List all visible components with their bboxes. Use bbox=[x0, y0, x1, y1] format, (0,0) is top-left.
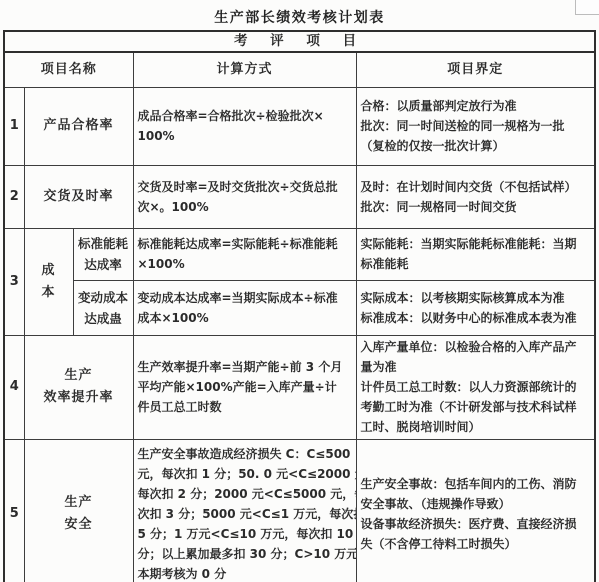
calc-method: 标准能耗达成率=实际能耗÷标准能耗 ×100% bbox=[133, 228, 356, 280]
page-title: 生产部长绩效考核计划表 bbox=[0, 7, 599, 27]
sub-item-name: 变动成本 达成蛊 bbox=[73, 280, 133, 335]
table-row-5: 5 生产 安全 生产安全事故造成经济损失 C：C≤500 元，每次扣 1 分；5… bbox=[4, 439, 595, 582]
row-number: 4 bbox=[4, 335, 24, 439]
item-definition: 生产安全事故：包括车间内的工伤、消防 安全事故、（违规操作导致） 设备事故经济损… bbox=[356, 439, 595, 582]
scan-corner-artifact bbox=[575, 0, 599, 15]
calc-method: 交货及时率=及时交货批次÷交货总批 次×。100% bbox=[133, 165, 356, 228]
row-number: 1 bbox=[4, 87, 24, 165]
item-name: 生产 效率提升率 bbox=[24, 335, 133, 439]
table-row-3b: 变动成本 达成蛊 变动成本达成率=当期实际成本÷标准 成本×100% 实际成本：… bbox=[4, 280, 595, 335]
item-definition: 合格：以质量部判定放行为准 批次：同一时间送检的同一规格为一批 （复检的仅按一批… bbox=[356, 87, 595, 165]
item-definition: 实际能耗：当期实际能耗标准能耗：当期 标准能耗 bbox=[356, 228, 595, 280]
table-row-4: 4 生产 效率提升率 生产效率提升率=当期产能÷前 3 个月 平均产能×100%… bbox=[4, 335, 595, 439]
row-number: 5 bbox=[4, 439, 24, 582]
assessment-table: 考 评 项 目 项目名称 计算方式 项目界定 1 产品合格率 成品合格率=合格批… bbox=[3, 30, 596, 582]
table-row-1: 1 产品合格率 成品合格率=合格批次÷检验批次× 100% 合格：以质量部判定放… bbox=[4, 87, 595, 165]
item-definition: 实际成本：以考核期实际核算成本为准 标准成本：以财务中心的标准成本表为准 bbox=[356, 280, 595, 335]
item-group-name: 成 本 bbox=[24, 228, 73, 335]
item-name: 交货及时率 bbox=[24, 165, 133, 228]
table-row-2: 2 交货及时率 交货及时率=及时交货批次÷交货总批 次×。100% 及时：在计划… bbox=[4, 165, 595, 228]
band-header-row: 考 评 项 目 bbox=[4, 31, 595, 52]
calc-method: 生产安全事故造成经济损失 C：C≤500 元，每次扣 1 分；50. 0 元<C… bbox=[133, 439, 356, 582]
item-definition: 入库产量单位：以检验合格的入库产品产 量为准 计件员工总工时数：以人力资源部统计… bbox=[356, 335, 595, 439]
calc-method: 生产效率提升率=当期产能÷前 3 个月 平均产能×100%产能=入库产量÷计 件… bbox=[133, 335, 356, 439]
column-header-row: 项目名称 计算方式 项目界定 bbox=[4, 52, 595, 87]
table-row-3a: 3 成 本 标准能耗 达成率 标准能耗达成率=实际能耗÷标准能耗 ×100% 实… bbox=[4, 228, 595, 280]
calc-method: 成品合格率=合格批次÷检验批次× 100% bbox=[133, 87, 356, 165]
item-definition: 及时：在计划时间内交货（不包括试样） 批次：同一规格同一时间交货 bbox=[356, 165, 595, 228]
item-name: 产品合格率 bbox=[24, 87, 133, 165]
row-number: 2 bbox=[4, 165, 24, 228]
band-header-label: 考 评 项 目 bbox=[4, 31, 595, 52]
column-header-name: 项目名称 bbox=[4, 52, 133, 87]
column-header-definition: 项目界定 bbox=[356, 52, 595, 87]
column-header-calc: 计算方式 bbox=[133, 52, 356, 87]
item-name: 生产 安全 bbox=[24, 439, 133, 582]
row-number: 3 bbox=[4, 228, 24, 335]
calc-method: 变动成本达成率=当期实际成本÷标准 成本×100% bbox=[133, 280, 356, 335]
sub-item-name: 标准能耗 达成率 bbox=[73, 228, 133, 280]
